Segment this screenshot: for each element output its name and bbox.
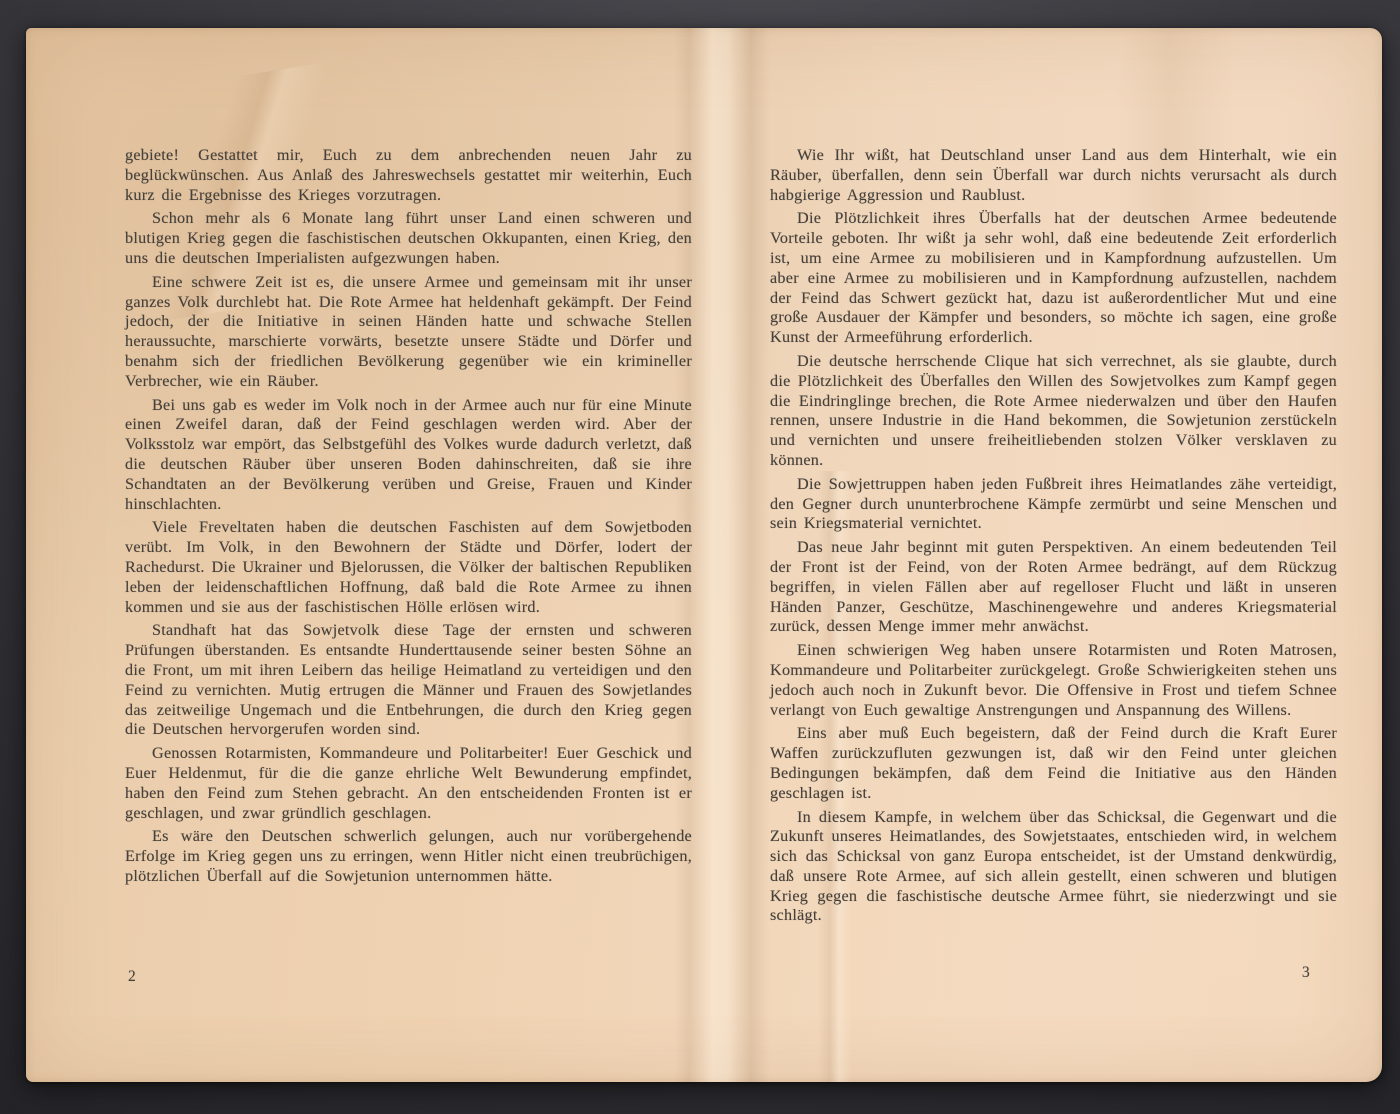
paragraph: Viele Freveltaten haben die deutschen Fa… xyxy=(125,518,692,617)
paragraph: Schon mehr als 6 Monate lang führt unser… xyxy=(125,209,692,268)
page-number-left: 2 xyxy=(128,968,136,986)
page-number-right: 3 xyxy=(1302,964,1310,982)
paragraph: Bei uns gab es weder im Volk noch in der… xyxy=(125,396,692,515)
paragraph: Einen schwierigen Weg haben unsere Rotar… xyxy=(770,641,1337,720)
paragraph: Eine schwere Zeit ist es, die unsere Arm… xyxy=(125,273,692,392)
page-right: Wie Ihr wißt, hat Deutschland unser Land… xyxy=(770,146,1337,930)
paragraph: In diesem Kampfe, in welchem über das Sc… xyxy=(770,808,1337,927)
paragraph: gebiete! Gestattet mir, Euch zu dem anbr… xyxy=(125,146,692,205)
paragraph: Die deutsche herrschende Clique hat sich… xyxy=(770,352,1337,471)
paragraph: Genossen Rotarmisten, Kommandeure und Po… xyxy=(125,744,692,823)
paragraph: Die Sowjettruppen haben jeden Fußbreit i… xyxy=(770,475,1337,534)
paragraph: Das neue Jahr beginnt mit guten Perspekt… xyxy=(770,538,1337,637)
paragraph: Eins aber muß Euch begeistern, daß der F… xyxy=(770,724,1337,803)
paragraph: Standhaft hat das Sowjetvolk diese Tage … xyxy=(125,621,692,740)
photo-background: gebiete! Gestattet mir, Euch zu dem anbr… xyxy=(0,0,1400,1114)
paragraph: Die Plötzlichkeit ihres Überfalls hat de… xyxy=(770,209,1337,348)
page-left: gebiete! Gestattet mir, Euch zu dem anbr… xyxy=(125,146,692,891)
paragraph: Wie Ihr wißt, hat Deutschland unser Land… xyxy=(770,146,1337,205)
paragraph: Es wäre den Deutschen schwerlich gelunge… xyxy=(125,827,692,886)
document-paper: gebiete! Gestattet mir, Euch zu dem anbr… xyxy=(26,28,1382,1082)
